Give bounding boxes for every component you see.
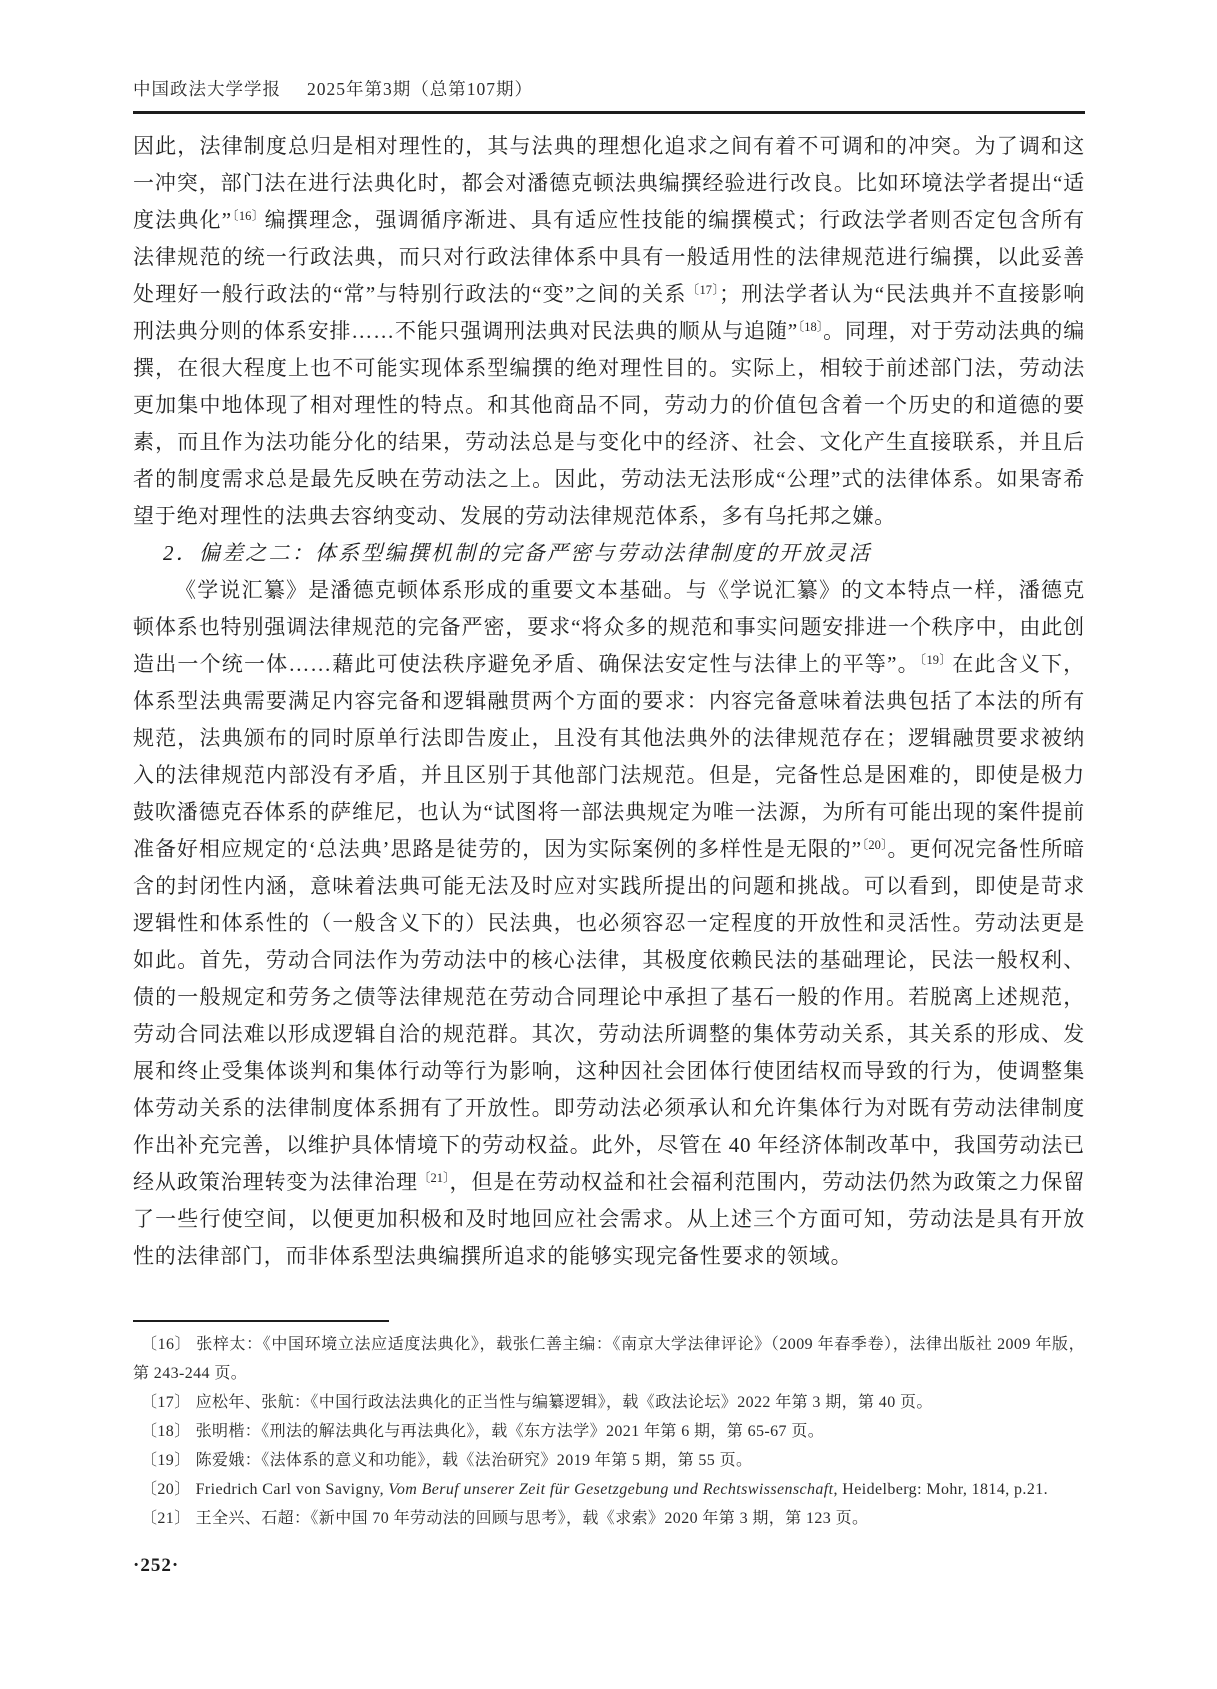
body-paragraph-1: 因此，法律制度总归是相对理性的，其与法典的理想化追求之间有着不可调和的冲突。为了… [133, 128, 1085, 535]
body-paragraph-2: 《学说汇纂》是潘德克顿体系形成的重要文本基础。与《学说汇纂》的文本特点一样，潘德… [133, 572, 1085, 1275]
footnote-marker: 〔16〕 [141, 1336, 191, 1353]
footnote-marker: 〔21〕 [141, 1510, 191, 1527]
footnote-20: 〔20〕Friedrich Carl von Savigny, Vom Beru… [133, 1475, 1085, 1504]
footnote-text: 张明楷：《刑法的解法典化与再法典化》，载《东方法学》2021 年第 6 期，第 … [196, 1423, 825, 1440]
footnote-19: 〔19〕陈爱娥：《法体系的意义和功能》，载《法治研究》2019 年第 5 期，第… [133, 1446, 1085, 1475]
footnote-marker: 〔19〕 [141, 1452, 191, 1469]
footnote-21: 〔21〕王全兴、石超：《新中国 70 年劳动法的回顾与思考》，载《求索》2020… [133, 1504, 1085, 1533]
footnote-marker: 〔18〕 [141, 1423, 191, 1440]
footnote-text: 陈爱娥：《法体系的意义和功能》，载《法治研究》2019 年第 5 期，第 55 … [196, 1452, 753, 1469]
footnote-16: 〔16〕张梓太：《中国环境立法应适度法典化》，载张仁善主编：《南京大学法律评论》… [133, 1330, 1085, 1388]
footnote-text-post: , Heidelberg: Mohr, 1814, p.21. [833, 1481, 1048, 1498]
running-head: 中国政法大学学报2025年第3期（总第107期） [133, 76, 1085, 101]
header-rule [133, 111, 1085, 114]
page-number: ·252· [133, 1555, 179, 1577]
footnote-text: 张梓太：《中国环境立法应适度法典化》，载张仁善主编：《南京大学法律评论》（200… [133, 1336, 1085, 1382]
article-body: 因此，法律制度总归是相对理性的，其与法典的理想化追求之间有着不可调和的冲突。为了… [133, 128, 1085, 1275]
issue-info: 2025年第3期（总第107期） [307, 79, 533, 99]
footnote-marker: 〔17〕 [141, 1394, 191, 1411]
footnote-text: 应松年、张航：《中国行政法法典化的正当性与编纂逻辑》，载《政法论坛》2022 年… [196, 1394, 933, 1411]
footnote-book-title: Vom Beruf unserer Zeit für Gesetzgebung … [388, 1481, 833, 1498]
footnote-text: 王全兴、石超：《新中国 70 年劳动法的回顾与思考》，载《求索》2020 年第 … [196, 1510, 869, 1527]
footnote-marker: 〔20〕 [141, 1481, 191, 1498]
journal-page: 中国政法大学学报2025年第3期（总第107期） 因此，法律制度总归是相对理性的… [0, 0, 1217, 1689]
footnotes-section: 〔16〕张梓太：《中国环境立法应适度法典化》，载张仁善主编：《南京大学法律评论》… [133, 1330, 1085, 1533]
footnote-text-pre: Friedrich Carl von Savigny, [196, 1481, 389, 1498]
journal-name: 中国政法大学学报 [133, 79, 281, 99]
footnote-17: 〔17〕应松年、张航：《中国行政法法典化的正当性与编纂逻辑》，载《政法论坛》20… [133, 1388, 1085, 1417]
footnote-18: 〔18〕张明楷：《刑法的解法典化与再法典化》，载《东方法学》2021 年第 6 … [133, 1417, 1085, 1446]
footnote-separator [133, 1320, 389, 1322]
section-heading: 2．偏差之二：体系型编撰机制的完备严密与劳动法律制度的开放灵活 [133, 535, 1085, 572]
